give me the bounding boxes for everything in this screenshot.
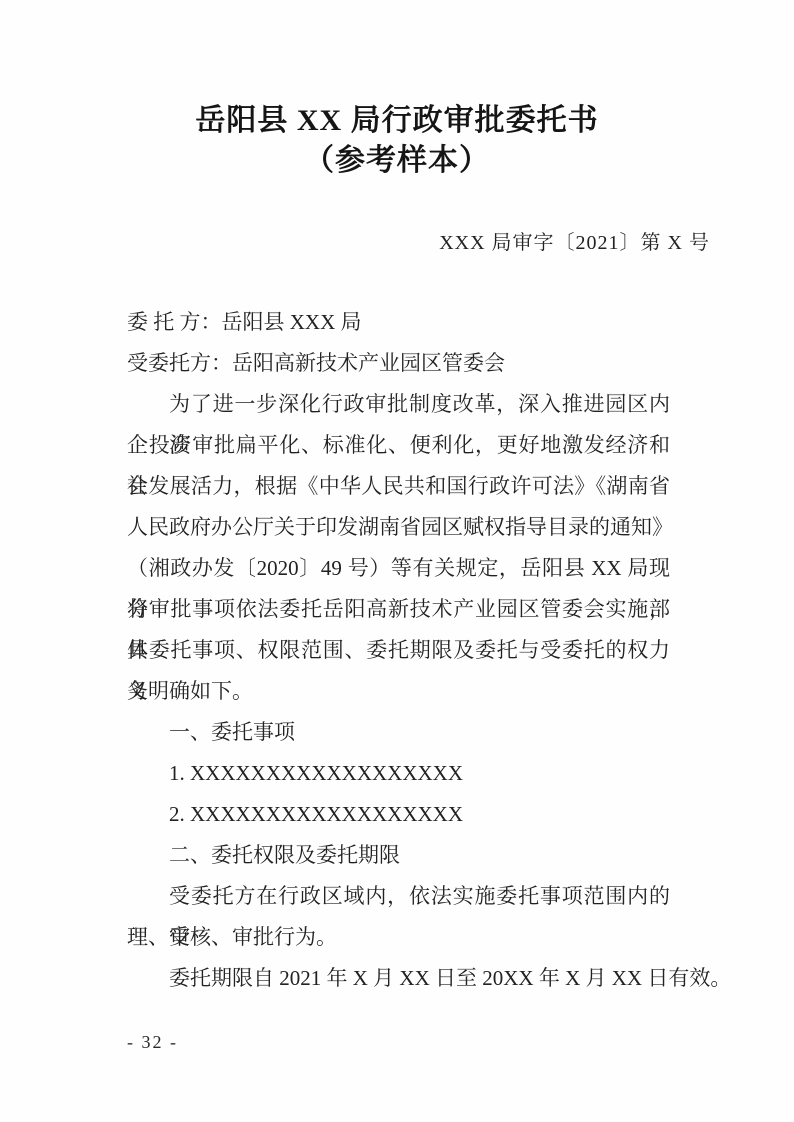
- consignee-line: 受委托方：岳阳高新技术产业园区管委会: [127, 343, 670, 384]
- paragraph2-line: 理、审核、审批行为。: [127, 917, 670, 958]
- paragraph1-line: （湘政办发〔2020〕49 号）等有关规定，岳阳县 XX 局现将部: [127, 548, 670, 589]
- document-number: XXX 局审字〔2021〕第 X 号: [439, 229, 710, 257]
- document-body: 委 托 方：岳阳县 XXX 局 受委托方：岳阳高新技术产业园区管委会 为了进一步…: [127, 302, 670, 999]
- paragraph1-line: 为了进一步深化行政审批制度改革，深入推进园区内涉: [127, 384, 670, 425]
- validity-period-line: 委托期限自 2021 年 X 月 XX 日至 20XX 年 X 月 XX 日有效…: [127, 958, 670, 999]
- list-item-2: 2. XXXXXXXXXXXXXXXXXX: [127, 794, 670, 835]
- section2-heading: 二、委托权限及委托期限: [127, 835, 670, 876]
- paragraph1-line: 体委托事项、权限范围、委托期限及委托与受委托的权力义: [127, 630, 670, 671]
- document-title-line2: （参考样本）: [0, 141, 794, 181]
- page-number: - 32 -: [127, 1030, 178, 1054]
- paragraph1-line: 企投资审批扁平化、标准化、便利化，更好地激发经济和社: [127, 425, 670, 466]
- paragraph1-line: 分审批事项依法委托岳阳高新技术产业园区管委会实施，具: [127, 589, 670, 630]
- consignor-line: 委 托 方：岳阳县 XXX 局: [127, 302, 670, 343]
- paragraph1-line: 人民政府办公厅关于印发湖南省园区赋权指导目录的通知》: [127, 507, 670, 548]
- paragraph2-line: 受委托方在行政区域内，依法实施委托事项范围内的受: [127, 876, 670, 917]
- list-item-1: 1. XXXXXXXXXXXXXXXXXX: [127, 753, 670, 794]
- document-page: 岳阳县 XX 局行政审批委托书 （参考样本） XXX 局审字〔2021〕第 X …: [0, 0, 794, 1122]
- paragraph1-line: 务明确如下。: [127, 671, 670, 712]
- document-title-line1: 岳阳县 XX 局行政审批委托书: [0, 101, 794, 141]
- section1-heading: 一、委托事项: [127, 712, 670, 753]
- document-title: 岳阳县 XX 局行政审批委托书 （参考样本）: [0, 101, 794, 181]
- paragraph1-line: 会发展活力，根据《中华人民共和国行政许可法》《湖南省: [127, 466, 670, 507]
